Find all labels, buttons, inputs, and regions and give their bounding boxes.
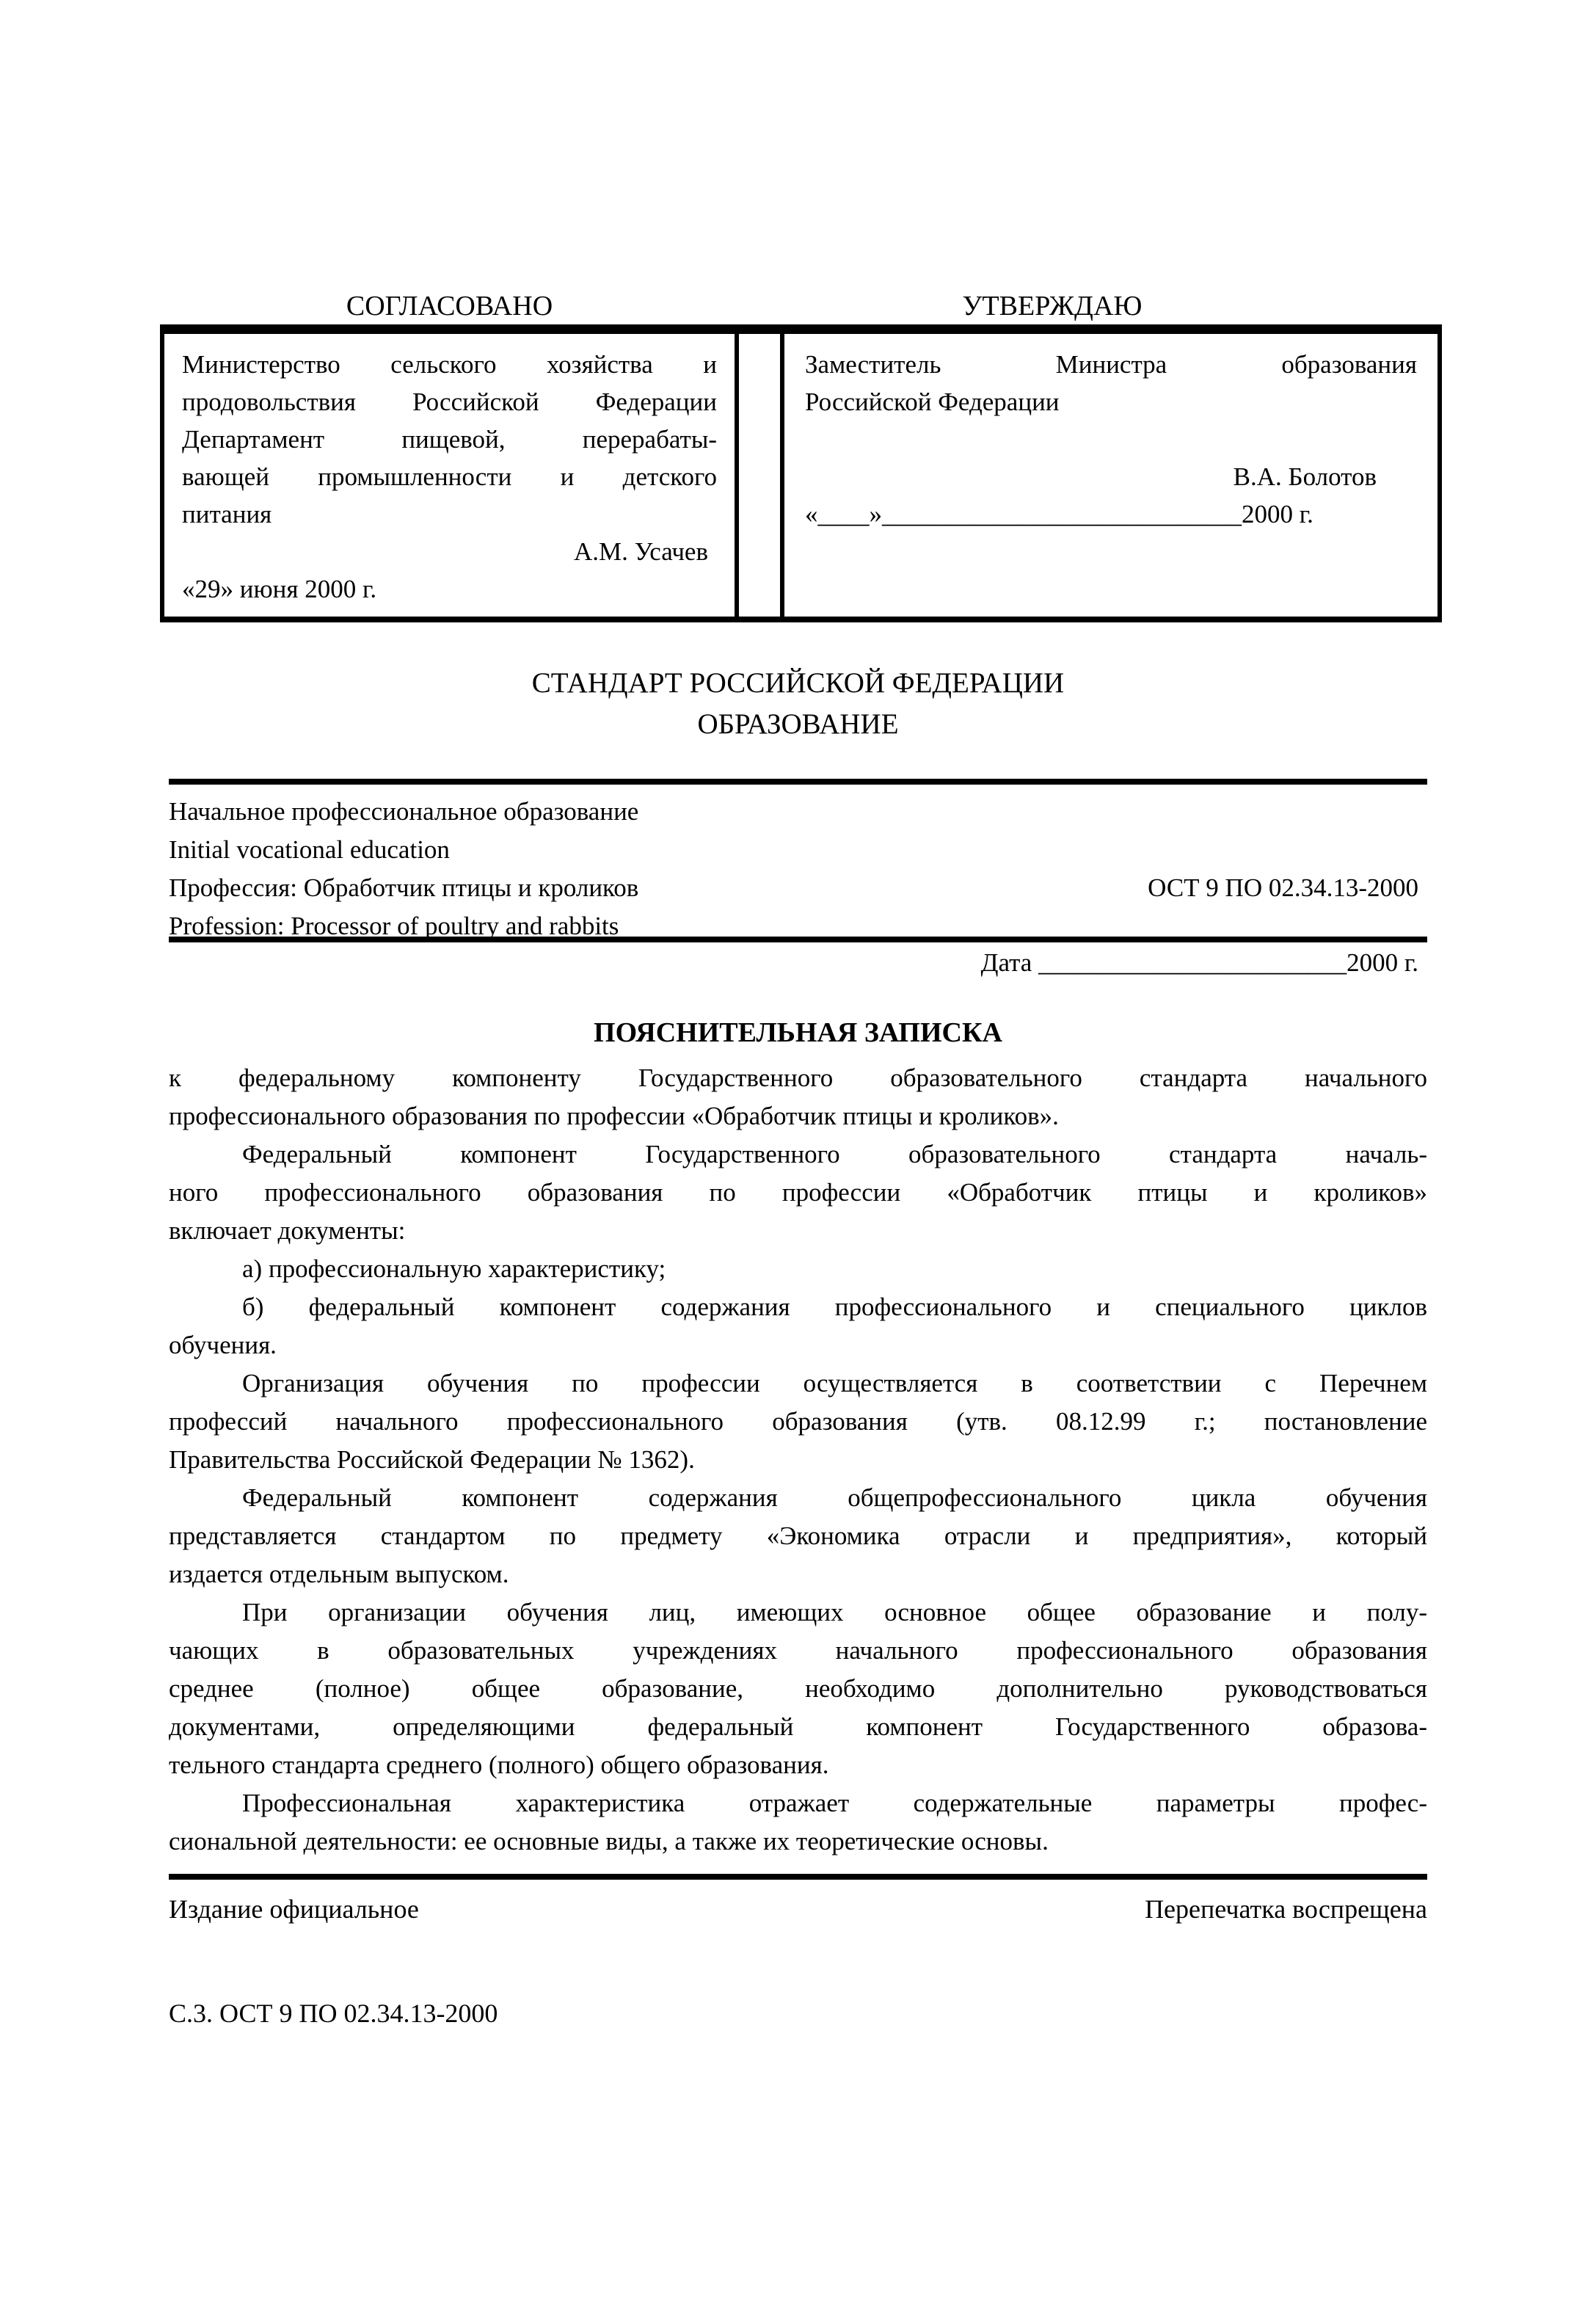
ministry-line: продовольствия Российской Федерации [182,383,717,421]
horizontal-rule-bottom [169,1874,1427,1880]
approvals-boxes: Министерство сельского хозяйства и продо… [160,324,1442,622]
note-line: сиональной деятельности: ее основные вид… [169,1822,1427,1861]
note-line: Правительства Российской Федерации № 136… [169,1441,1427,1479]
ministry-line: Министерство сельского хозяйства и [182,346,717,383]
note-line: обучения. [169,1326,1427,1364]
note-line: среднее (полное) общее образование, необ… [169,1670,1427,1708]
note-line: профессионального образования по професс… [169,1097,1427,1135]
note-line: ного профессионального образования по пр… [169,1174,1427,1212]
approvals-block: СОГЛАСОВАНО УТВЕРЖДАЮ Министерство сельс… [160,288,1442,622]
approved-signatory-name: В.А. Болотов [805,458,1417,495]
note-line: б) федеральный компонент содержания проф… [169,1288,1427,1326]
ministry-line: питания [182,495,717,533]
headings-gap [739,288,780,324]
profession-ru: Профессия: Обработчик птицы и кроликов [169,869,638,907]
note-body: к федеральному компоненту Государственно… [169,1059,1427,1861]
note-line: документами, определяющими федеральный к… [169,1708,1427,1746]
page-reference: С.3. ОСТ 9 ПО 02.34.13-2000 [169,1998,498,2029]
note-line: представляется стандартом по предмету «Э… [169,1517,1427,1555]
standard-identification: Начальное профессиональное образование I… [169,793,1427,945]
note-line: к федеральному компоненту Государственно… [169,1059,1427,1097]
date-blank-line: Дата ________________________2000 г. [169,948,1427,978]
edition-label: Издание официальное [169,1894,419,1924]
education-level-en: Initial vocational education [169,831,1427,869]
horizontal-rule-middle [169,937,1427,942]
deputy-minister-line: Российской Федерации [805,383,1417,421]
standard-code: ОСТ 9 ПО 02.34.13-2000 [1148,869,1427,907]
standard-subtitle: ОБРАЗОВАНИЕ [0,704,1596,745]
document-page: СОГЛАСОВАНО УТВЕРЖДАЮ Министерство сельс… [0,0,1596,2312]
blank-line [805,421,1417,458]
reprint-label: Перепечатка воспрещена [1145,1894,1427,1924]
approvals-headings: СОГЛАСОВАНО УТВЕРЖДАЮ [160,288,1442,324]
agreed-heading: СОГЛАСОВАНО [160,288,739,324]
note-line: Организация обучения по профессии осущес… [169,1364,1427,1403]
ministry-education-box: Заместитель Министра образования Российс… [780,334,1442,617]
note-title: ПОЯСНИТЕЛЬНАЯ ЗАПИСКА [0,1017,1596,1049]
approved-heading: УТВЕРЖДАЮ [780,288,1442,324]
ministry-line: Департамент пищевой, перерабаты- [182,421,717,458]
note-line: Федеральный компонент содержания общепро… [169,1479,1427,1517]
note-line: Федеральный компонент Государственного о… [169,1135,1427,1174]
note-line: Профессиональная характеристика отражает… [169,1784,1427,1822]
approved-signature-date-blank: «____»____________________________2000 г… [805,495,1417,533]
boxes-divider-gap [739,334,780,617]
note-line: издается отдельным выпуском. [169,1555,1427,1593]
education-level-ru: Начальное профессиональное образование [169,793,1427,831]
note-line: чающих в образовательных учреждениях нач… [169,1632,1427,1670]
footer-line: Издание официальное Перепечатка воспреще… [169,1894,1427,1924]
note-line: тельного стандарта среднего (полного) об… [169,1746,1427,1784]
ministry-line: вающей промышленности и детского [182,458,717,495]
note-line: профессий начального профессионального о… [169,1403,1427,1441]
note-line: При организации обучения лиц, имеющих ос… [169,1593,1427,1632]
note-line: включает документы: [169,1212,1427,1250]
note-line: а) профессиональную характеристику; [169,1250,1427,1288]
agreed-signatory-name: А.М. Усачев [182,533,717,570]
standard-title-block: СТАНДАРТ РОССИЙСКОЙ ФЕДЕРАЦИИ ОБРАЗОВАНИ… [0,663,1596,745]
horizontal-rule-top [169,779,1427,785]
standard-title: СТАНДАРТ РОССИЙСКОЙ ФЕДЕРАЦИИ [0,663,1596,704]
ministry-box: Министерство сельского хозяйства и продо… [160,334,739,617]
deputy-minister-line: Заместитель Министра образования [805,346,1417,383]
agreed-signature-date: «29» июня 2000 г. [182,570,717,608]
